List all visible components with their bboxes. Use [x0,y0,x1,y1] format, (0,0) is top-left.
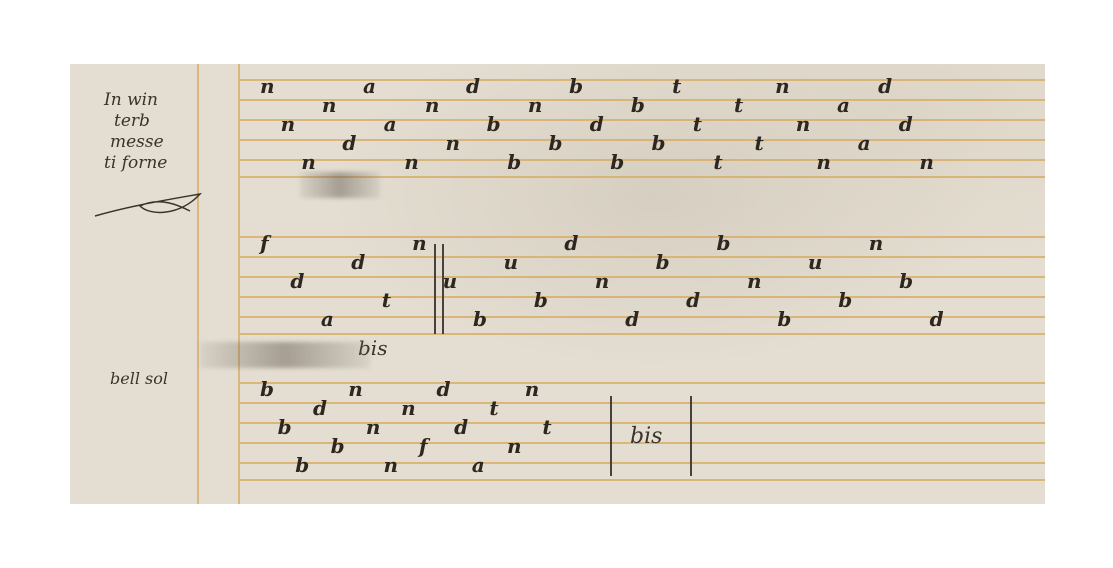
tab-letter: u [503,250,518,274]
tab-letter: n [796,112,811,136]
bis-annotation-2: bis [630,424,662,449]
tab-letter: d [686,288,700,312]
tab-letter: b [260,377,274,401]
tab-letter: b [331,434,345,458]
tab-letter: n [528,93,543,117]
tab-letter: n [816,150,831,174]
tab-letter: n [281,112,296,136]
tab-letter: t [713,150,722,174]
tab-letter: n [404,150,419,174]
title-line: terb [104,111,167,132]
title-line: messe [104,132,167,153]
tab-letter: t [672,74,681,98]
tab-letter: d [466,74,480,98]
lower-margin-label: bell sol [110,369,168,388]
tab-letter: b [295,453,309,477]
ink-smudge [200,342,370,368]
tab-letter: b [777,307,791,331]
tab-letter: t [382,288,391,312]
tab-letter: a [321,307,334,331]
tab-letter: t [693,112,702,136]
tab-letter: n [348,377,363,401]
title-line: In win [104,90,167,111]
tab-letter: b [631,93,645,117]
tab-letter: b [899,269,913,293]
tab-letter: n [775,74,790,98]
tab-letter: b [487,112,501,136]
tab-letter: d [930,307,944,331]
margin-rule-left [197,64,199,504]
tab-letter: b [507,150,521,174]
tab-letter: d [899,112,913,136]
tab-letter: n [869,231,884,255]
tab-letter: b [656,250,670,274]
tab-letter: f [419,434,428,458]
tab-letter: b [278,415,292,439]
tab-letter: b [548,131,562,155]
tab-letter: d [436,377,450,401]
tab-letter: d [454,415,468,439]
tab-letter: b [610,150,624,174]
tab-letter: t [755,131,764,155]
ink-smudge [300,172,380,198]
tab-letter: n [384,453,399,477]
tab-letter: n [919,150,934,174]
tab-letter: n [507,434,522,458]
tab-letter: d [351,250,365,274]
tab-letter: a [363,74,376,98]
tab-letter: n [747,269,762,293]
tab-letter: n [366,415,381,439]
tab-letter: n [301,150,316,174]
tab-letter: n [445,131,460,155]
tab-letter: d [313,396,327,420]
tab-letter: d [590,112,604,136]
tab-letter: n [425,93,440,117]
tab-letter: d [625,307,639,331]
tab-letter: b [838,288,852,312]
tab-letter: t [734,93,743,117]
flourish-icon [90,186,210,226]
tab-letter: d [564,231,578,255]
tab-letter: n [401,396,416,420]
tab-letter: d [878,74,892,98]
tab-letter: f [260,231,269,255]
tab-letter: b [652,131,666,155]
margin-title: In win terb messe ti forne [104,90,167,174]
tab-letter: n [525,377,540,401]
tab-letter: n [412,231,427,255]
tab-letter: n [260,74,275,98]
tab-letter: u [443,269,458,293]
title-line: ti forne [104,153,167,174]
tab-letter: a [472,453,485,477]
tab-letter: a [837,93,850,117]
tab-letter: b [717,231,731,255]
tab-letter: a [384,112,397,136]
tab-letter: t [542,415,551,439]
tab-letter: b [569,74,583,98]
tab-letter: b [473,307,487,331]
tab-letter: n [595,269,610,293]
tab-letter: b [534,288,548,312]
manuscript-page: In win terb messe ti forne bell sol bis … [70,64,1045,504]
tab-letter: d [342,131,356,155]
tab-letter: d [290,269,304,293]
tab-letter: a [858,131,871,155]
tab-letter: u [808,250,823,274]
tab-letter: n [322,93,337,117]
tab-letter: t [489,396,498,420]
